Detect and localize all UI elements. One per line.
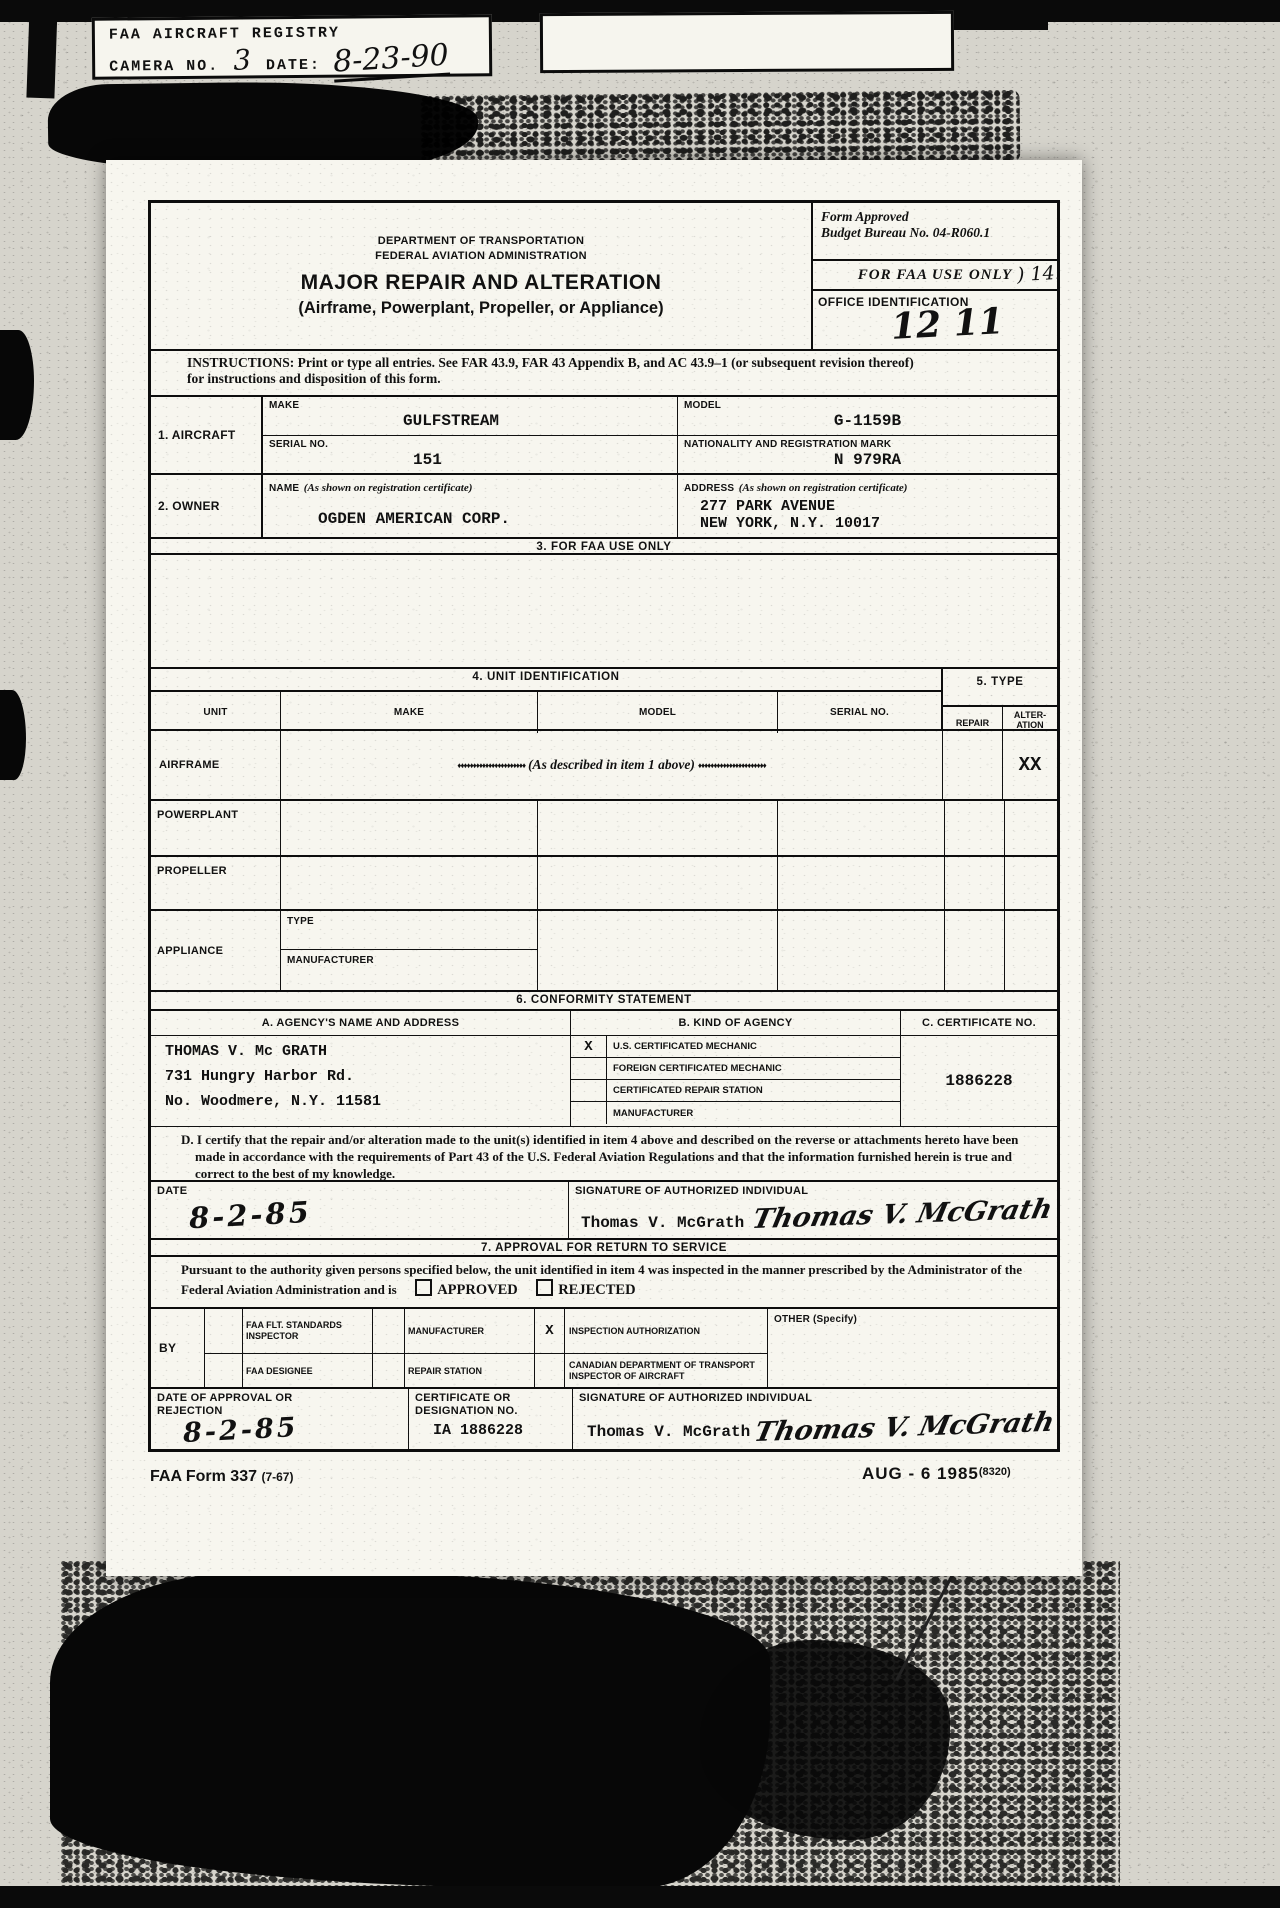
approval-signature-typed: Thomas V. McGrath (587, 1423, 750, 1441)
col-header-unit: UNIT (151, 692, 281, 733)
date-value-handwritten: 8-2-85 (188, 1195, 312, 1235)
airframe-filler-cell: ♦♦♦♦♦♦♦♦♦♦♦♦♦♦♦♦♦♦♦♦♦♦ (As described in … (281, 731, 943, 799)
scan-edge-bottom-bar (0, 1886, 1280, 1908)
faa-form-337: DEPARTMENT OF TRANSPORTATION FEDERAL AVI… (148, 200, 1060, 1452)
certification-paragraph: D. I certify that the repair and/or alte… (151, 1127, 1057, 1180)
owner-section: 2. OWNER NAME (As shown on registration … (151, 473, 1057, 537)
form-header-left: DEPARTMENT OF TRANSPORTATION FEDERAL AVI… (151, 203, 813, 349)
form-subtitle: (Airframe, Powerplant, Propeller, or App… (151, 299, 811, 318)
approval-cert-cell: CERTIFICATE OR DESIGNATION NO. IA 188622… (409, 1389, 573, 1449)
aircraft-section-label-text: 1. AIRCRAFT (151, 428, 236, 442)
form-number: FAA Form 337 (150, 1468, 257, 1485)
scan-left-blob-2 (0, 690, 26, 780)
by-r2-cell-3: CANADIAN DEPARTMENT OF TRANSPORT INSPECT… (565, 1354, 767, 1387)
approval-date-cell: DATE OF APPROVAL OR REJECTION 8-2-85 (151, 1389, 409, 1449)
by-r1-cell-2: MANUFACTURER (405, 1309, 535, 1353)
kind-0-label: U.S. CERTIFICATED MECHANIC (607, 1036, 900, 1057)
kind-1-mark (571, 1058, 607, 1079)
col-header-serial: SERIAL NO. (778, 692, 941, 733)
appliance-make-cell: TYPE MANUFACTURER (281, 911, 538, 990)
owner-name-cell: NAME (As shown on registration certifica… (263, 475, 678, 537)
kind-3-mark (571, 1102, 607, 1124)
received-date-stamp: AUG - 6 1985(8320) (862, 1464, 1011, 1484)
camera-no-value: 3 (233, 43, 253, 77)
faa-use-section-header: 3. FOR FAA USE ONLY (151, 537, 1057, 555)
owner-address-label: ADDRESS (684, 483, 734, 494)
by-r2-checkbox-2 (373, 1354, 405, 1387)
conformity-content: THOMAS V. Mc GRATH 731 Hungry Harbor Rd.… (151, 1035, 1057, 1127)
date-label: DATE (151, 1182, 568, 1197)
appliance-unit-cell: APPLIANCE (151, 911, 281, 990)
owner-address-line2: NEW YORK, N.Y. 10017 (678, 515, 1057, 532)
aircraft-serial-label: SERIAL NO. (263, 436, 677, 451)
scan-left-blob-1 (0, 330, 34, 440)
aircraft-make-label: MAKE (263, 397, 677, 412)
kind-2-mark (571, 1080, 607, 1101)
approval-cert-value: IA 1886228 (409, 1418, 572, 1439)
unit-id-left: 4. UNIT IDENTIFICATION UNIT MAKE MODEL S… (151, 669, 943, 729)
rejected-label: REJECTED (558, 1282, 635, 1298)
col-header-make: MAKE (281, 692, 538, 733)
conformity-col-b-header: B. KIND OF AGENCY (571, 1011, 901, 1035)
unit-row-powerplant: POWERPLANT (151, 799, 1057, 855)
owner-section-label: 2. OWNER (151, 475, 263, 537)
scan-smudge-band-tail (420, 89, 1021, 169)
conformity-col-headers: A. AGENCY'S NAME AND ADDRESS B. KIND OF … (151, 1009, 1057, 1035)
owner-section-label-text: 2. OWNER (151, 499, 220, 513)
appliance-manufacturer-label: MANUFACTURER (281, 952, 379, 967)
form-approved-line2: Budget Bureau No. 04-R060.1 (821, 225, 1053, 241)
camera-date-label: DATE: (266, 57, 321, 74)
aircraft-registration-label: NATIONALITY AND REGISTRATION MARK (678, 436, 1057, 451)
by-r2-cell-2: REPAIR STATION (405, 1354, 535, 1387)
conformity-header: 6. CONFORMITY STATEMENT (151, 990, 1057, 1009)
form-edition: (7-67) (261, 1470, 293, 1484)
faa-use-empty-area (151, 555, 1057, 667)
pursuant-paragraph: Pursuant to the authority given persons … (151, 1257, 1057, 1307)
form-header-right: Form Approved Budget Bureau No. 04-R060.… (813, 203, 1057, 349)
camera-stamp-box: FAA AIRCRAFT REGISTRY CAMERA NO. 3 DATE:… (92, 14, 493, 79)
camera-no-label: CAMERA NO. (109, 58, 219, 76)
camera-date-value: 8-23-90 (332, 38, 450, 83)
owner-name-label-note: (As shown on registration certificate) (304, 482, 473, 494)
approved-label: APPROVED (437, 1282, 518, 1298)
approval-signature-cell: SIGNATURE OF AUTHORIZED INDIVIDUAL Thoma… (573, 1389, 1057, 1449)
by-label-cell: BY (151, 1309, 205, 1387)
by-table-middle: FAA FLT. STANDARDS INSPECTOR MANUFACTURE… (205, 1309, 767, 1387)
scan-bottom-blob-2 (700, 1640, 950, 1840)
owner-address-cell: ADDRESS (As shown on registration certif… (678, 475, 1057, 537)
certificate-no-value: 1886228 (945, 1072, 1012, 1090)
approved-checkbox (415, 1279, 432, 1296)
aircraft-registration-cell: NATIONALITY AND REGISTRATION MARK N 979R… (678, 436, 1057, 473)
certification-text: D. I certify that the repair and/or alte… (181, 1132, 1033, 1183)
unit-row-propeller: PROPELLER (151, 855, 1057, 909)
by-other-label: OTHER (Specify) (768, 1311, 862, 1326)
unit-identification-header: 4. UNIT IDENTIFICATION (151, 669, 941, 692)
aircraft-model-label: MODEL (678, 397, 1057, 412)
agency-addr1: 731 Hungry Harbor Rd. (165, 1065, 570, 1090)
by-r1-checkbox-1 (205, 1309, 243, 1353)
form-header: DEPARTMENT OF TRANSPORTATION FEDERAL AVI… (151, 203, 1057, 349)
conformity-col-c-header: C. CERTIFICATE NO. (901, 1011, 1057, 1035)
kind-1-label: FOREIGN CERTIFICATED MECHANIC (607, 1058, 900, 1079)
approval-bottom-row: DATE OF APPROVAL OR REJECTION 8-2-85 CER… (151, 1387, 1057, 1449)
unit-row-airframe: AIRFRAME ♦♦♦♦♦♦♦♦♦♦♦♦♦♦♦♦♦♦♦♦♦♦ (As desc… (151, 729, 1057, 799)
approval-signature-label: SIGNATURE OF AUTHORIZED INDIVIDUAL (573, 1389, 1057, 1404)
by-other-cell: OTHER (Specify) (767, 1309, 1057, 1387)
aircraft-serial-cell: SERIAL NO. 151 (263, 436, 678, 473)
airframe-filler-text: (As described in item 1 above) (528, 757, 695, 773)
col-header-model: MODEL (538, 692, 778, 733)
aircraft-serial-value: 151 (263, 451, 677, 469)
approval-date-value: 8-2-85 (182, 1412, 299, 1449)
owner-name-value: OGDEN AMERICAN CORP. (263, 496, 677, 528)
office-identification-box: OFFICE IDENTIFICATION 12 11 (813, 291, 1057, 343)
faa-use-only-box: FOR FAA USE ONLY ) 14. (813, 261, 1057, 291)
aircraft-model-cell: MODEL G-1159B (678, 397, 1057, 435)
agency-name: THOMAS V. Mc GRATH (165, 1040, 570, 1065)
by-table: BY FAA FLT. STANDARDS INSPECTOR MANUFACT… (151, 1307, 1057, 1387)
aircraft-section: 1. AIRCRAFT MAKE GULFSTREAM MODEL G-1159… (151, 395, 1057, 473)
kind-0-mark: X (571, 1036, 607, 1057)
office-identification-value: 12 11 (890, 300, 1005, 348)
form-title: MAJOR REPAIR AND ALTERATION (151, 271, 811, 295)
scan-left-mark (26, 6, 57, 99)
owner-address-line1: 277 PARK AVENUE (678, 496, 1057, 515)
by-r2-mark-3 (535, 1354, 565, 1387)
agency-addr2: No. Woodmere, N.Y. 11581 (165, 1090, 570, 1115)
approval-cert-label: CERTIFICATE OR DESIGNATION NO. (409, 1389, 572, 1418)
scan-bottom-blob (50, 1572, 770, 1888)
signature-script: Thomas V. McGrath (750, 1194, 1056, 1235)
powerplant-unit-cell: POWERPLANT (151, 801, 281, 855)
owner-name-label: NAME (269, 483, 299, 494)
faa-use-only-handwriting: ) 14. (1017, 262, 1062, 286)
airframe-filler-right: ♦♦♦♦♦♦♦♦♦♦♦♦♦♦♦♦♦♦♦♦♦♦ (698, 761, 766, 770)
type-header: 5. TYPE (943, 669, 1057, 707)
certificate-no-cell: 1886228 (901, 1036, 1057, 1126)
kind-of-agency-cell: X U.S. CERTIFICATED MECHANIC FOREIGN CER… (571, 1036, 901, 1126)
empty-stamp-box (540, 11, 954, 73)
by-r2-cell-1: FAA DESIGNEE (243, 1354, 373, 1387)
unit-identification-header-band: 4. UNIT IDENTIFICATION UNIT MAKE MODEL S… (151, 667, 1057, 729)
agency-name-address-cell: THOMAS V. Mc GRATH 731 Hungry Harbor Rd.… (151, 1036, 571, 1126)
aircraft-make-value: GULFSTREAM (263, 412, 677, 430)
scanned-faa-form-337-page: { "camera_stamp": { "line1": "FAA AIRCRA… (0, 0, 1280, 1908)
by-r1-mark-3: X (535, 1309, 565, 1353)
dept-line1: DEPARTMENT OF TRANSPORTATION (151, 235, 811, 247)
kind-2-label: CERTIFICATED REPAIR STATION (607, 1080, 900, 1101)
scan-corner-box (952, 0, 1048, 30)
received-stamp-suffix: (8320) (979, 1466, 1011, 1478)
received-stamp-text: AUG - 6 1985 (862, 1464, 979, 1483)
airframe-repair-cell (943, 731, 1003, 799)
date-cell: DATE 8-2-85 (151, 1182, 569, 1238)
form-approved-line1: Form Approved (821, 209, 1053, 225)
instructions-line1: INSTRUCTIONS: Print or type all entries.… (187, 355, 1047, 371)
by-r1-cell-1: FAA FLT. STANDARDS INSPECTOR (243, 1309, 373, 1353)
date-signature-row: DATE 8-2-85 SIGNATURE OF AUTHORIZED INDI… (151, 1180, 1057, 1238)
airframe-alteration-mark: XX (1019, 754, 1042, 776)
aircraft-make-cell: MAKE GULFSTREAM (263, 397, 678, 435)
aircraft-registration-value: N 979RA (678, 451, 1057, 469)
by-r2-checkbox-1 (205, 1354, 243, 1387)
aircraft-section-label: 1. AIRCRAFT (151, 397, 263, 473)
instructions-row: INSTRUCTIONS: Print or type all entries.… (151, 349, 1057, 395)
approval-header: 7. APPROVAL FOR RETURN TO SERVICE (151, 1238, 1057, 1257)
form-footer: FAA Form 337 (7-67) (150, 1468, 293, 1486)
unit-row-appliance: APPLIANCE TYPE MANUFACTURER (151, 909, 1057, 990)
approval-signature-script: Thomas V. McGrath (752, 1407, 1058, 1448)
airframe-unit-cell: AIRFRAME (151, 731, 281, 799)
instructions-line2: for instructions and disposition of this… (187, 371, 1047, 387)
airframe-alteration-cell: XX (1003, 731, 1057, 799)
aircraft-model-value: G-1159B (678, 412, 1057, 430)
owner-address-label-note: (As shown on registration certificate) (739, 482, 908, 494)
conformity-col-a-header: A. AGENCY'S NAME AND ADDRESS (151, 1011, 571, 1035)
by-r1-cell-3: INSPECTION AUTHORIZATION (565, 1309, 767, 1353)
type-header-box: 5. TYPE REPAIR ALTER- ATION (943, 669, 1057, 729)
aircraft-fields: MAKE GULFSTREAM MODEL G-1159B SERIAL NO.… (263, 397, 1057, 473)
signature-label: SIGNATURE OF AUTHORIZED INDIVIDUAL (569, 1182, 1057, 1197)
form-approved-box: Form Approved Budget Bureau No. 04-R060.… (813, 203, 1057, 261)
rejected-checkbox (536, 1279, 553, 1296)
kind-3-label: MANUFACTURER (607, 1102, 900, 1124)
signature-cell: SIGNATURE OF AUTHORIZED INDIVIDUAL Thoma… (569, 1182, 1057, 1238)
propeller-unit-cell: PROPELLER (151, 857, 281, 909)
appliance-type-label: TYPE (281, 913, 319, 928)
dept-line2: FEDERAL AVIATION ADMINISTRATION (151, 250, 811, 262)
by-r1-checkbox-2 (373, 1309, 405, 1353)
signature-typed: Thomas V. McGrath (581, 1214, 744, 1232)
airframe-filler-left: ♦♦♦♦♦♦♦♦♦♦♦♦♦♦♦♦♦♦♦♦♦♦ (457, 761, 525, 770)
